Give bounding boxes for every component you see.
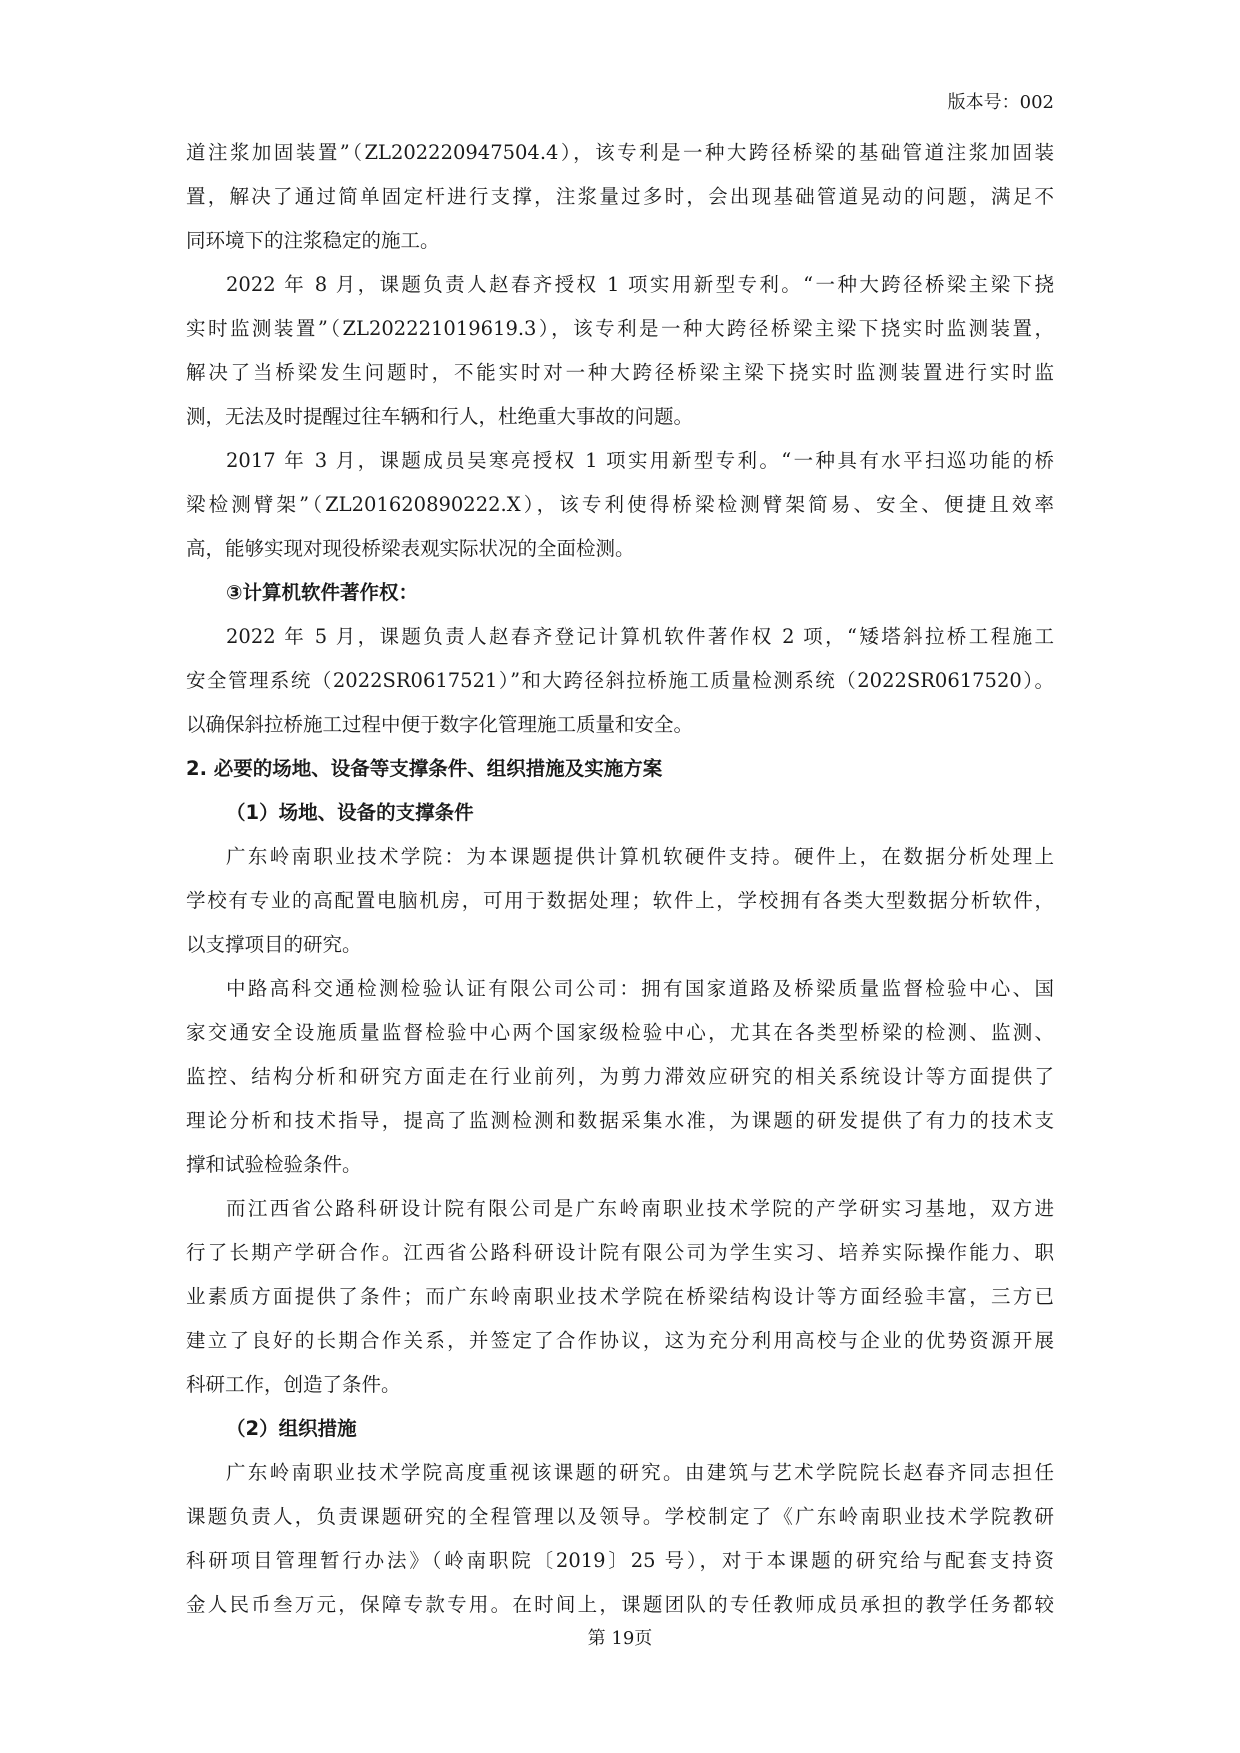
text-line: 家交通安全设施质量监督检验中心两个国家级检验中心，尤其在各类型桥梁的检测、监测、 [186,1020,1054,1046]
section-heading: 2. 必要的场地、设备等支撑条件、组织措施及实施方案 [186,756,1054,782]
text-line: 金人民币叁万元，保障专款专用。在时间上，课题团队的专任教师成员承担的教学任务都较 [186,1592,1054,1618]
text-line: 理论分析和技术指导，提高了监测检测和数据采集水准，为课题的研发提供了有力的技术支 [186,1108,1054,1134]
text-line: 建立了良好的长期合作关系，并签定了合作协议，这为充分利用高校与企业的优势资源开展 [186,1328,1054,1354]
text-line: 置，解决了通过简单固定杆进行支撑，注浆量过多时，会出现基础管道晃动的问题，满足不 [186,184,1054,210]
paragraph-start: 中路高科交通检测检验认证有限公司公司：拥有国家道路及桥梁质量监督检验中心、国 [226,976,1054,1002]
text-line: 安全管理系统（2022SR0617521）”和大跨径斜拉桥施工质量检测系统（20… [186,668,1054,694]
paragraph-start: 2017 年 3 月，课题成员吴寒亮授权 1 项实用新型专利。“一种具有水平扫巡… [226,448,1054,474]
text-line: 测，无法及时提醒过往车辆和行人，杜绝重大事故的问题。 [186,404,1054,430]
text-line: 业素质方面提供了条件；而广东岭南职业技术学院在桥梁结构设计等方面经验丰富，三方已 [186,1284,1054,1310]
paragraph-start: 2022 年 8 月，课题负责人赵春齐授权 1 项实用新型专利。“一种大跨径桥梁… [226,272,1054,298]
subheading-site-equipment: （1）场地、设备的支撑条件 [226,800,1054,826]
text-line: 高，能够实现对现役桥梁表观实际状况的全面检测。 [186,536,1054,562]
text-line: 以确保斜拉桥施工过程中便于数字化管理施工质量和安全。 [186,712,1054,738]
text-line: 学校有专业的高配置电脑机房，可用于数据处理；软件上，学校拥有各类大型数据分析软件… [186,888,1054,914]
subheading-software-copyright: ③计算机软件著作权： [226,580,1054,606]
paragraph-start: 广东岭南职业技术学院：为本课题提供计算机软硬件支持。硬件上，在数据分析处理上 [226,844,1054,870]
text-line: 道注浆加固装置”（ZL202220947504.4），该专利是一种大跨径桥梁的基… [186,140,1054,166]
text-line: 以支撑项目的研究。 [186,932,1054,958]
text-line: 行了长期产学研合作。江西省公路科研设计院有限公司为学生实习、培养实际操作能力、职 [186,1240,1054,1266]
document-page: 版本号：002 道注浆加固装置”（ZL202220947504.4），该专利是一… [0,0,1240,1753]
text-line: 实时监测装置”（ZL202221019619.3），该专利是一种大跨径桥梁主梁下… [186,316,1054,342]
page-number: 第 19页 [0,1624,1240,1650]
text-line: 同环境下的注浆稳定的施工。 [186,228,1054,254]
text-line: 课题负责人，负责课题研究的全程管理以及领导。学校制定了《广东岭南职业技术学院教研 [186,1504,1054,1530]
paragraph-start: 而江西省公路科研设计院有限公司是广东岭南职业技术学院的产学研实习基地，双方进 [226,1196,1054,1222]
paragraph-start: 广东岭南职业技术学院高度重视该课题的研究。由建筑与艺术学院院长赵春齐同志担任 [226,1460,1054,1486]
paragraph-start: 2022 年 5 月，课题负责人赵春齐登记计算机软件著作权 2 项，“矮塔斜拉桥… [226,624,1054,650]
text-line: 监控、结构分析和研究方面走在行业前列，为剪力滞效应研究的相关系统设计等方面提供了 [186,1064,1054,1090]
text-line: 撑和试验检验条件。 [186,1152,1054,1178]
text-line: 科研工作，创造了条件。 [186,1372,1054,1398]
text-line: 梁检测臂架”（ZL201620890222.X），该专利使得桥梁检测臂架简易、安… [186,492,1054,518]
version-number: 版本号：002 [948,88,1054,114]
text-line: 解决了当桥梁发生问题时，不能实时对一种大跨径桥梁主梁下挠实时监测装置进行实时监 [186,360,1054,386]
text-line: 科研项目管理暂行办法》（岭南职院〔2019〕25 号），对于本课题的研究给与配套… [186,1548,1054,1574]
subheading-organization: （2）组织措施 [226,1416,1054,1442]
